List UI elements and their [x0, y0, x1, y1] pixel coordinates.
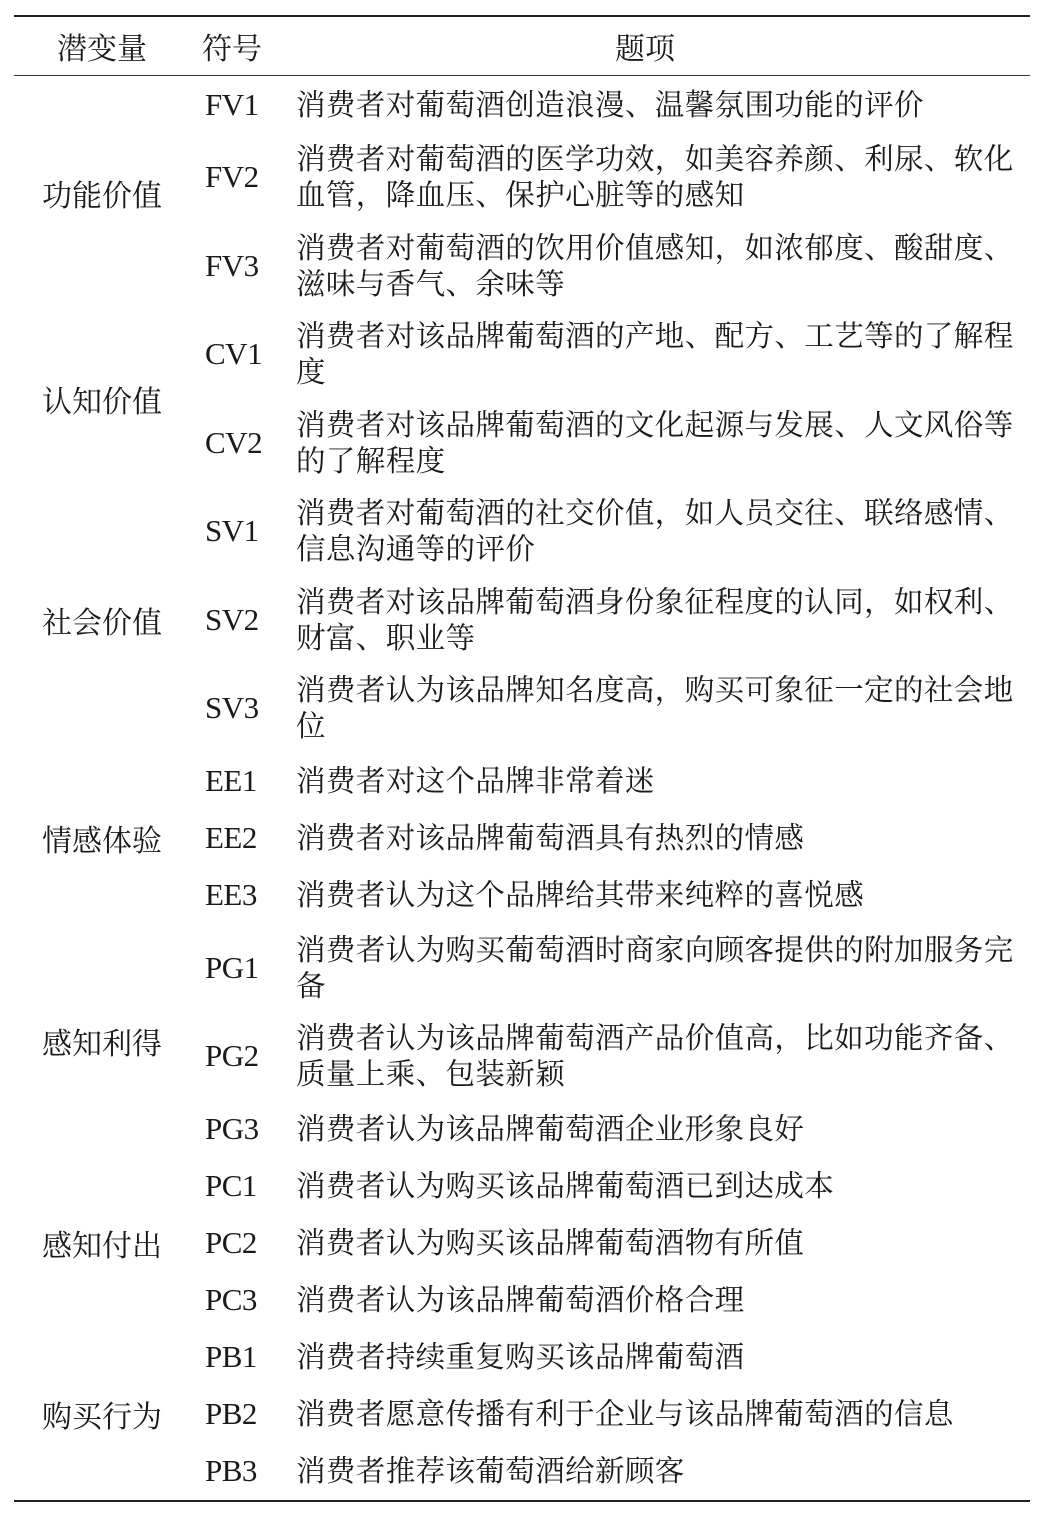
item-text: 消费者对葡萄酒创造浪漫、温馨氛围功能的评价: [296, 87, 1030, 123]
latent-group: 认知价值CV1消费者对该品牌葡萄酒的产地、配方、工艺等的了解程度CV2消费者对该…: [14, 310, 1030, 487]
item-text: 消费者对葡萄酒的饮用价值感知，如浓郁度、酸甜度、滋味与香气、余味等: [296, 230, 1030, 302]
item-list: SV1消费者对葡萄酒的社交价值，如人员交往、联络感情、信息沟通等的评价SV2消费…: [190, 487, 1030, 753]
table-row: PG1消费者认为购买葡萄酒时商家向顾客提供的附加服务完备: [190, 924, 1030, 1013]
latent-variable-label: 认知价值: [14, 310, 190, 487]
item-symbol: EE2: [190, 820, 296, 856]
table-row: PG2消费者认为该品牌葡萄酒产品价值高，比如功能齐备、质量上乘、包装新颖: [190, 1012, 1030, 1101]
item-text: 消费者持续重复购买该品牌葡萄酒: [296, 1339, 1030, 1375]
table-row: PG3消费者认为该品牌葡萄酒企业形象良好: [190, 1101, 1030, 1158]
table-row: EE2消费者对该品牌葡萄酒具有热烈的情感: [190, 810, 1030, 867]
item-text: 消费者认为这个品牌给其带来纯粹的喜悦感: [296, 877, 1030, 913]
latent-variable-label: 情感体验: [14, 753, 190, 924]
latent-variable-label: 购买行为: [14, 1329, 190, 1500]
item-symbol: FV3: [190, 248, 296, 284]
latent-variable-label: 功能价值: [14, 76, 190, 310]
table-row: FV1消费者对葡萄酒创造浪漫、温馨氛围功能的评价: [190, 76, 1030, 133]
table-row: PC1消费者认为购买该品牌葡萄酒已到达成本: [190, 1158, 1030, 1215]
item-list: EE1消费者对这个品牌非常着迷EE2消费者对该品牌葡萄酒具有热烈的情感EE3消费…: [190, 753, 1030, 924]
latent-group: 购买行为PB1消费者持续重复购买该品牌葡萄酒PB2消费者愿意传播有利于企业与该品…: [14, 1329, 1030, 1500]
item-text: 消费者对葡萄酒的社交价值，如人员交往、联络感情、信息沟通等的评价: [296, 495, 1030, 567]
item-symbol: PB3: [190, 1453, 296, 1489]
latent-variable-label: 感知利得: [14, 924, 190, 1158]
item-text: 消费者认为该品牌知名度高，购买可象征一定的社会地位: [296, 672, 1030, 744]
item-symbol: PG1: [190, 950, 296, 986]
item-text: 消费者认为该品牌葡萄酒企业形象良好: [296, 1111, 1030, 1147]
table-row: FV2消费者对葡萄酒的医学功效，如美容养颜、利尿、软化血管，降血压、保护心脏等的…: [190, 133, 1030, 222]
table-row: EE3消费者认为这个品牌给其带来纯粹的喜悦感: [190, 867, 1030, 924]
table-row: PC2消费者认为购买该品牌葡萄酒物有所值: [190, 1215, 1030, 1272]
latent-variable-label: 感知付出: [14, 1158, 190, 1329]
item-symbol: EE1: [190, 763, 296, 799]
latent-variable-label: 社会价值: [14, 487, 190, 753]
item-list: PB1消费者持续重复购买该品牌葡萄酒PB2消费者愿意传播有利于企业与该品牌葡萄酒…: [190, 1329, 1030, 1500]
item-text: 消费者对该品牌葡萄酒具有热烈的情感: [296, 820, 1030, 856]
table-row: SV3消费者认为该品牌知名度高，购买可象征一定的社会地位: [190, 664, 1030, 753]
item-text: 消费者认为购买葡萄酒时商家向顾客提供的附加服务完备: [296, 932, 1030, 1004]
latent-group: 功能价值FV1消费者对葡萄酒创造浪漫、温馨氛围功能的评价FV2消费者对葡萄酒的医…: [14, 76, 1030, 310]
item-text: 消费者认为该品牌葡萄酒价格合理: [296, 1282, 1030, 1318]
item-text: 消费者认为购买该品牌葡萄酒物有所值: [296, 1225, 1030, 1261]
item-list: PG1消费者认为购买葡萄酒时商家向顾客提供的附加服务完备PG2消费者认为该品牌葡…: [190, 924, 1030, 1158]
item-symbol: PB2: [190, 1396, 296, 1432]
item-text: 消费者认为购买该品牌葡萄酒已到达成本: [296, 1168, 1030, 1204]
item-symbol: PB1: [190, 1339, 296, 1375]
table-row: EE1消费者对这个品牌非常着迷: [190, 753, 1030, 810]
item-symbol: SV1: [190, 513, 296, 549]
table-row: CV1消费者对该品牌葡萄酒的产地、配方、工艺等的了解程度: [190, 310, 1030, 399]
item-symbol: SV3: [190, 690, 296, 726]
table-row: PB1消费者持续重复购买该品牌葡萄酒: [190, 1329, 1030, 1386]
item-symbol: FV1: [190, 87, 296, 123]
table-row: PC3消费者认为该品牌葡萄酒价格合理: [190, 1272, 1030, 1329]
item-symbol: PG2: [190, 1038, 296, 1074]
header-symbol: 符号: [190, 24, 280, 68]
table-body: 功能价值FV1消费者对葡萄酒创造浪漫、温馨氛围功能的评价FV2消费者对葡萄酒的医…: [14, 76, 1030, 1500]
latent-group: 感知付出PC1消费者认为购买该品牌葡萄酒已到达成本PC2消费者认为购买该品牌葡萄…: [14, 1158, 1030, 1329]
item-symbol: PG3: [190, 1111, 296, 1147]
item-list: PC1消费者认为购买该品牌葡萄酒已到达成本PC2消费者认为购买该品牌葡萄酒物有所…: [190, 1158, 1030, 1329]
item-text: 消费者对这个品牌非常着迷: [296, 763, 1030, 799]
item-symbol: SV2: [190, 602, 296, 638]
item-text: 消费者愿意传播有利于企业与该品牌葡萄酒的信息: [296, 1396, 1030, 1432]
table-row: PB3消费者推荐该葡萄酒给新顾客: [190, 1443, 1030, 1500]
item-list: FV1消费者对葡萄酒创造浪漫、温馨氛围功能的评价FV2消费者对葡萄酒的医学功效，…: [190, 76, 1030, 310]
item-text: 消费者对该品牌葡萄酒身份象征程度的认同，如权利、财富、职业等: [296, 584, 1030, 656]
item-text: 消费者推荐该葡萄酒给新顾客: [296, 1453, 1030, 1489]
table-row: SV2消费者对该品牌葡萄酒身份象征程度的认同，如权利、财富、职业等: [190, 576, 1030, 665]
item-symbol: PC1: [190, 1168, 296, 1204]
item-list: CV1消费者对该品牌葡萄酒的产地、配方、工艺等的了解程度CV2消费者对该品牌葡萄…: [190, 310, 1030, 487]
measurement-items-table: 潜变量 符号 题项 功能价值FV1消费者对葡萄酒创造浪漫、温馨氛围功能的评价FV…: [14, 15, 1030, 1502]
item-symbol: CV1: [190, 336, 296, 372]
table-row: SV1消费者对葡萄酒的社交价值，如人员交往、联络感情、信息沟通等的评价: [190, 487, 1030, 576]
table-row: FV3消费者对葡萄酒的饮用价值感知，如浓郁度、酸甜度、滋味与香气、余味等: [190, 222, 1030, 311]
table-header-row: 潜变量 符号 题项: [14, 17, 1030, 76]
latent-group: 感知利得PG1消费者认为购买葡萄酒时商家向顾客提供的附加服务完备PG2消费者认为…: [14, 924, 1030, 1158]
header-latent-variable: 潜变量: [14, 24, 190, 68]
item-text: 消费者对葡萄酒的医学功效，如美容养颜、利尿、软化血管，降血压、保护心脏等的感知: [296, 141, 1030, 213]
item-text: 消费者对该品牌葡萄酒的文化起源与发展、人文风俗等的了解程度: [296, 407, 1030, 479]
item-text: 消费者对该品牌葡萄酒的产地、配方、工艺等的了解程度: [296, 318, 1030, 390]
latent-group: 情感体验EE1消费者对这个品牌非常着迷EE2消费者对该品牌葡萄酒具有热烈的情感E…: [14, 753, 1030, 924]
item-symbol: PC2: [190, 1225, 296, 1261]
latent-group: 社会价值SV1消费者对葡萄酒的社交价值，如人员交往、联络感情、信息沟通等的评价S…: [14, 487, 1030, 753]
item-symbol: FV2: [190, 159, 296, 195]
item-symbol: PC3: [190, 1282, 296, 1318]
table-row: CV2消费者对该品牌葡萄酒的文化起源与发展、人文风俗等的了解程度: [190, 399, 1030, 488]
table-row: PB2消费者愿意传播有利于企业与该品牌葡萄酒的信息: [190, 1386, 1030, 1443]
item-symbol: CV2: [190, 425, 296, 461]
item-text: 消费者认为该品牌葡萄酒产品价值高，比如功能齐备、质量上乘、包装新颖: [296, 1020, 1030, 1092]
header-item: 题项: [280, 24, 1030, 68]
item-symbol: EE3: [190, 877, 296, 913]
